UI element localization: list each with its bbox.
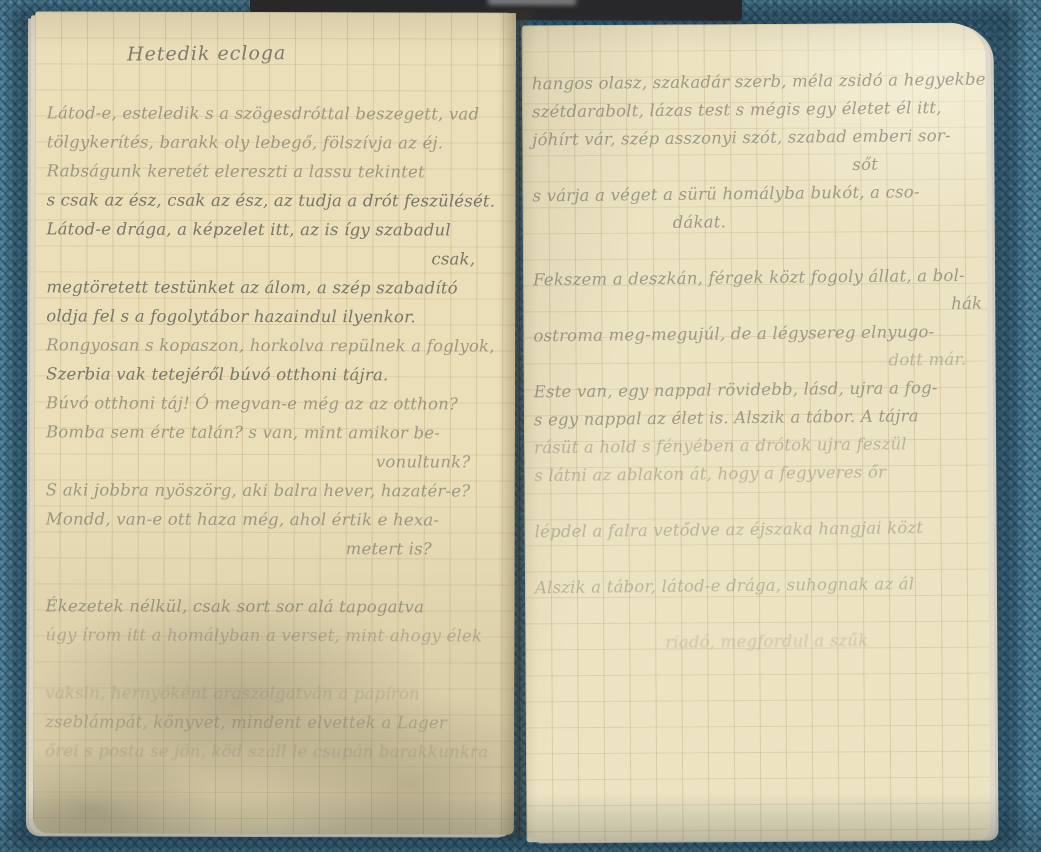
left-page-text: Látod-e, esteledik s a szögesdróttal bes…	[45, 99, 513, 767]
handwriting-line: őrei s posta se jön, köd száll le csupán…	[45, 737, 511, 767]
handwriting-line: Ékezetek nélkül, csak sort sor alá tapog…	[45, 592, 511, 622]
handwriting-line	[45, 650, 511, 680]
handwriting-line: Szerbia vak tetejéről búvó otthoni tájra…	[46, 360, 512, 390]
handwriting-line	[46, 563, 512, 593]
handwriting-line: Látod-e, esteledik s a szögesdróttal bes…	[47, 99, 513, 129]
handwriting-line: riadó, megfordul a szűk	[535, 626, 987, 659]
handwriting-line: Rongyosan s kopaszon, horkolva repülnek …	[46, 331, 512, 361]
handwriting-line: Bomba sem érte talán? s van, mint amikor…	[46, 418, 512, 448]
handwriting-line: tölgykerítés, barakk oly lebegő, fölszív…	[47, 128, 513, 158]
photo-scene: Hetedik ecloga Látod-e, esteledik s a sz…	[0, 0, 1041, 852]
notebook-right-page: hangos olasz, szakadár szerb, méla zsidó…	[522, 23, 991, 843]
handwriting-line: csak,	[46, 244, 512, 274]
handwriting-line: úgy írom itt a homályban a verset, mint …	[45, 621, 511, 651]
handwriting-line: s csak az ész, csak az ész, az tudja a d…	[47, 186, 513, 216]
poem-title: Hetedik ecloga	[127, 41, 287, 66]
handwriting-line: Mondd, van-e ott haza még, ahol értik e …	[46, 505, 512, 535]
handwriting-line: megtöretett testünket az álom, a szép sz…	[46, 273, 512, 303]
handwriting-line: Búvó otthoni táj! Ó megvan-e még az az o…	[46, 389, 512, 419]
handwriting-line: oldja fel s a fogolytábor hazaindul ilye…	[46, 302, 512, 332]
handwriting-line: vonultunk?	[46, 447, 512, 477]
notebook-left-page: Hetedik ecloga Látod-e, esteledik s a sz…	[33, 11, 516, 834]
handwriting-line: vaksin, hernyóként araszolgatván a papír…	[45, 679, 511, 709]
right-page-text: hangos olasz, szakadár szerb, méla zsidó…	[532, 67, 988, 658]
handwriting-line: Rabságunk keretét elereszti a lassu teki…	[47, 157, 513, 187]
notebook-gutter	[498, 10, 538, 838]
handwriting-line: metert is?	[46, 534, 512, 564]
handwriting-line: S aki jobbra nyöszörg, aki balra hever, …	[46, 476, 512, 506]
handwriting-line: Látod-e drága, a képzelet itt, az is így…	[46, 215, 512, 245]
dark-object-marking	[488, 0, 576, 5]
handwriting-line: zseblámpát, könyvet, mindent elvettek a …	[45, 708, 511, 738]
